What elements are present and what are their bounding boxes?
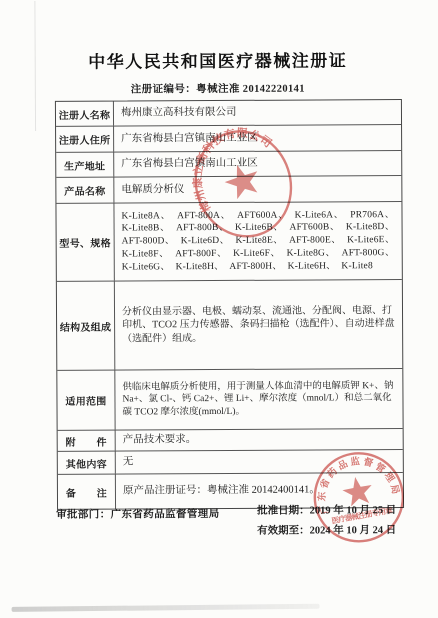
row-label: 适用范围	[57, 371, 115, 430]
row-label: 型号、规格	[56, 204, 114, 281]
row-value: 梅州康立高科技有限公司	[114, 100, 401, 126]
row-label: 备 注	[58, 475, 116, 509]
table-row-registrant-name: 注册人名称 梅州康立高科技有限公司	[56, 100, 401, 126]
authority-seal-subtext: 医疗器械注册专用章	[331, 504, 394, 525]
row-label: 结构及组成	[57, 282, 115, 370]
certificate-content: 中华人民共和国医疗器械注册证 注册证编号：粤械注准 20142220141 注册…	[0, 0, 438, 618]
star-icon	[341, 474, 375, 507]
star-icon	[221, 159, 264, 201]
approval-department-value: 广东省药品监督管理局	[111, 509, 220, 521]
approval-date-label: 批准日期：	[257, 506, 310, 517]
row-label: 产品名称	[56, 178, 114, 203]
cert-number-value: 粤械注准 20142220141	[196, 84, 305, 96]
row-label: 生产地址	[56, 153, 114, 177]
certificate-page: 中华人民共和国医疗器械注册证 注册证编号：粤械注准 20142220141 注册…	[0, 0, 438, 618]
row-label: 注册人名称	[56, 102, 114, 126]
company-seal-stamp: 梅州康立高科技有限公司	[187, 126, 300, 243]
row-value: 分析仪由显示器、电极、蠕动泵、流通池、分配阀、电源、打印机、TCO2 压力传感器…	[115, 280, 402, 370]
authority-seal-stamp: 广东省药品监督管理局 医疗器械注册专用章	[311, 448, 408, 549]
page-title: 中华人民共和国医疗器械注册证	[0, 46, 437, 73]
row-label: 附 件	[58, 431, 116, 451]
table-row-structure: 结构及组成 分析仪由显示器、电极、蠕动泵、流通池、分配阀、电源、打印机、TCO2…	[57, 279, 402, 370]
row-value: 供临床电解质分析使用，用于测量人体血清中的电解质钾 K+、钠 Na+、氯 Cl-…	[115, 369, 402, 430]
scan-smudge-artifact	[12, 604, 320, 612]
approval-department-label: 审批部门：	[56, 510, 111, 521]
valid-until-label: 有效期至：	[257, 526, 310, 537]
table-row-intended-use: 适用范围 供临床电解质分析使用，用于测量人体血清中的电解质钾 K+、钠 Na+、…	[57, 368, 402, 430]
cert-number-line: 注册证编号：粤械注准 20142220141	[0, 80, 437, 97]
cert-number-label: 注册证编号：	[131, 84, 196, 95]
row-label: 注册人住所	[56, 127, 114, 152]
row-label: 其他内容	[58, 452, 116, 474]
approval-department-line: 审批部门：广东省药品监督管理局	[56, 506, 220, 522]
